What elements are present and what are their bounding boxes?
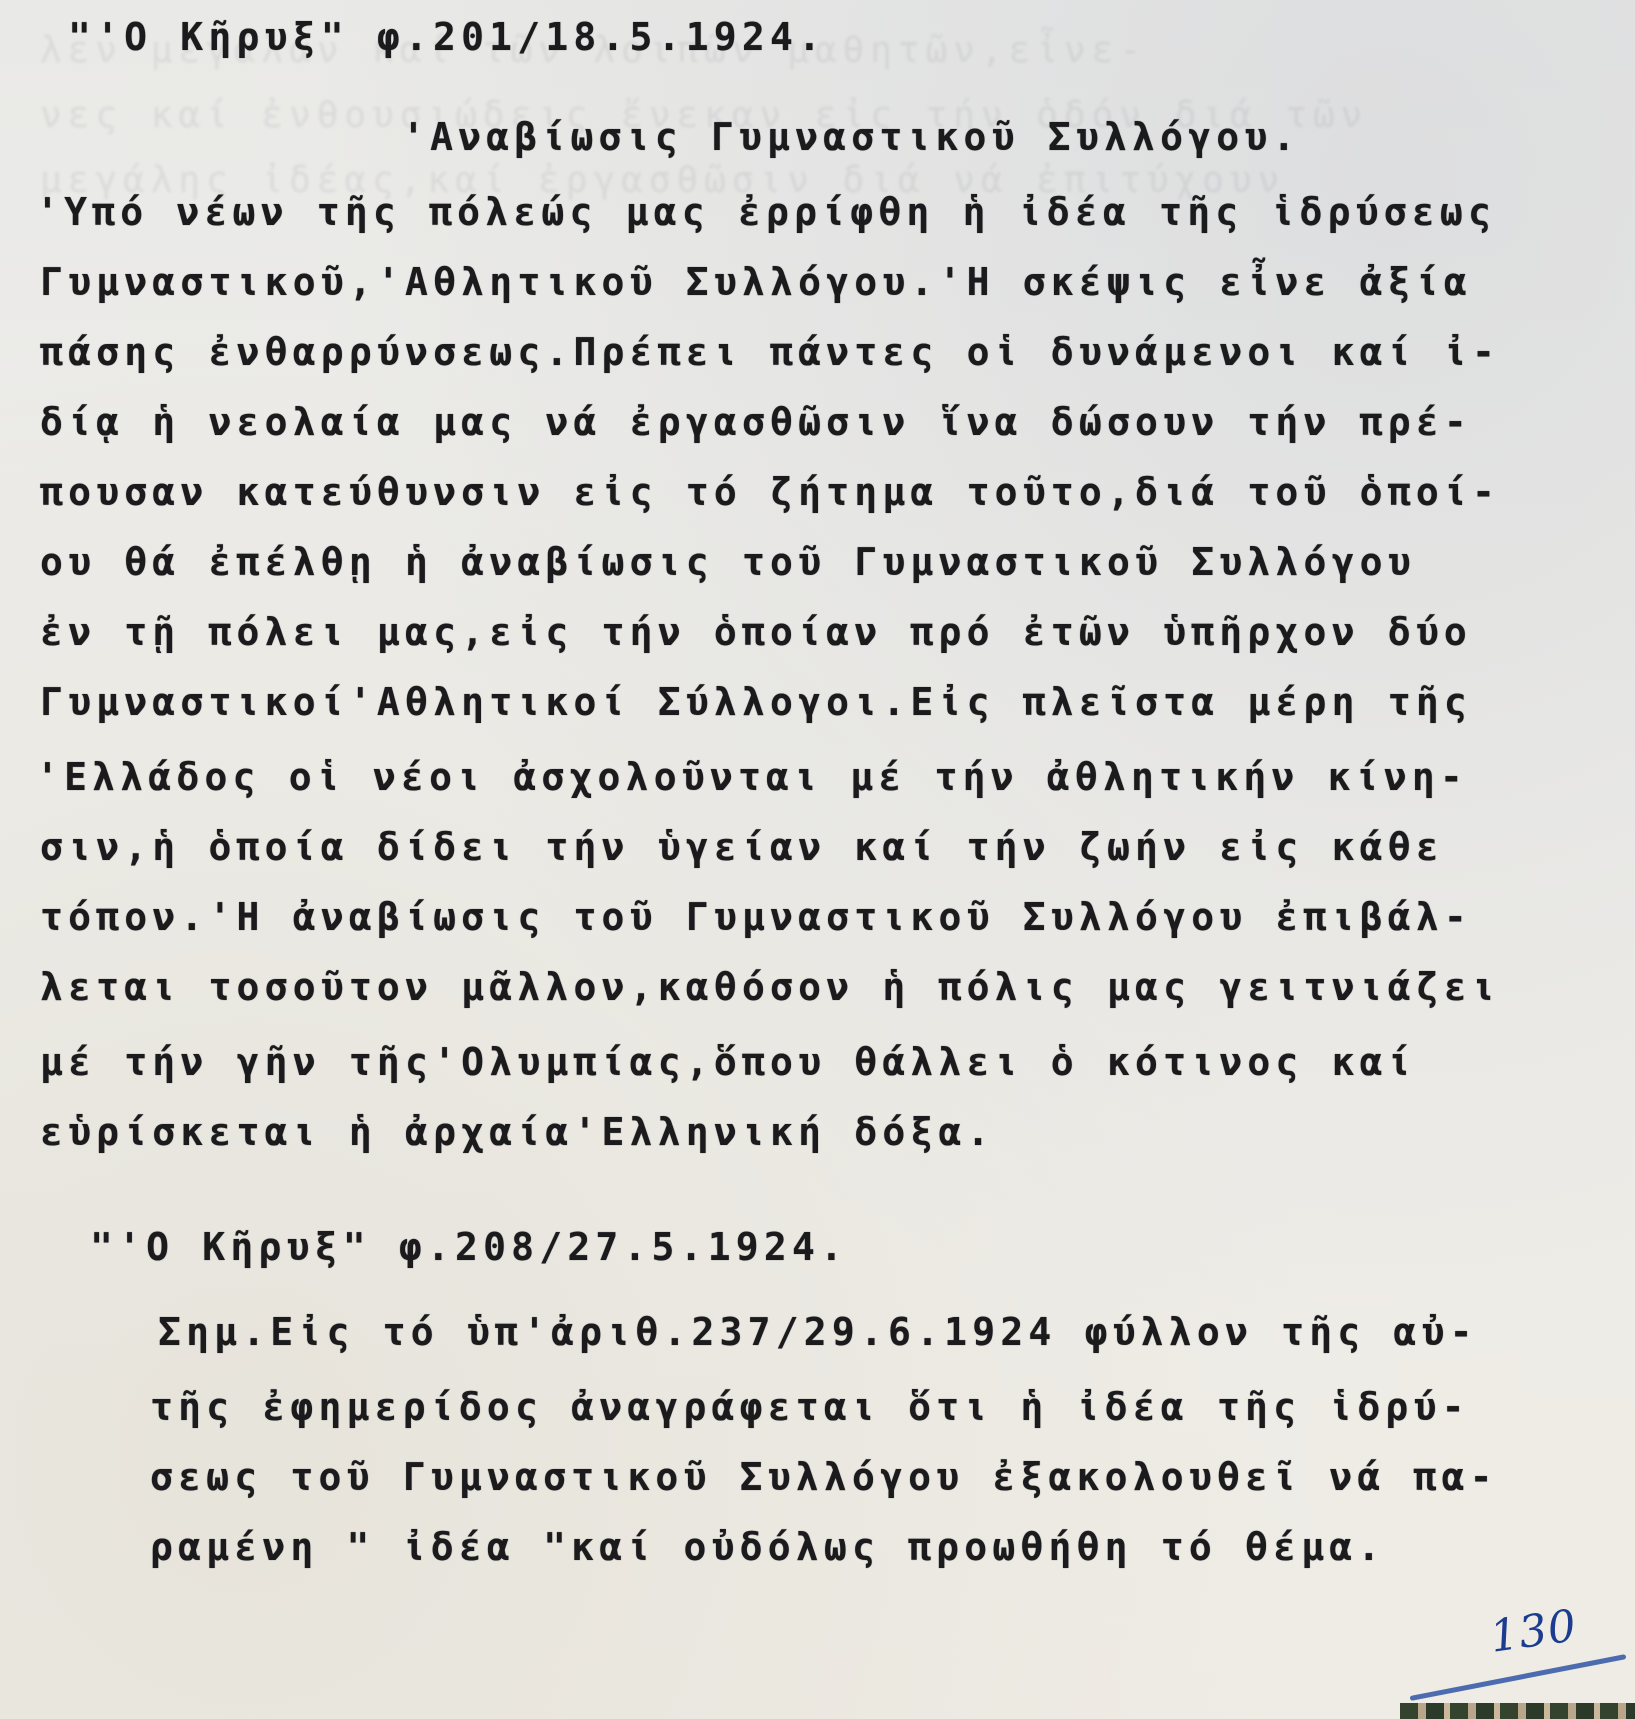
body-text-line: 'Ελλάδος οἱ νέοι ἀσχολοῦνται μέ τήν ἀθλη… [36,758,1468,796]
background-surface-edge [1400,1703,1635,1719]
citation-top: "'Ο Κῆρυξ" φ.201/18.5.1924. [68,18,826,56]
note-text-line: Σημ.Εἰς τό ὑπ'ἀριθ.237/29.6.1924 φύλλον … [158,1313,1478,1351]
body-text-line: Γυμναστικοῦ,'Αθλητικοῦ Συλλόγου.'Η σκέψι… [40,263,1472,301]
article-title: 'Αναβίωσις Γυμναστικοῦ Συλλόγου. [402,118,1301,156]
body-text-line: πουσαν κατεύθυνσιν εἰς τό ζήτημα τοῦτο,δ… [40,473,1500,511]
body-text-line: δίᾳ ἡ νεολαία μας νά ἐργασθῶσιν ἵνα δώσο… [40,403,1472,441]
note-text-line: σεως τοῦ Γυμναστικοῦ Συλλόγου ἐξακολουθε… [150,1458,1498,1496]
body-text-line: ου θά ἐπέλθῃ ἡ ἀναβίωσις τοῦ Γυμναστικοῦ… [40,543,1416,581]
body-text-line: 'Υπό νέων τῆς πόλεώς μας ἐρρίφθη ἡ ἰδέα … [36,193,1496,231]
note-text-line: τῆς ἐφημερίδος ἀναγράφεται ὅτι ἡ ἰδέα τῆ… [150,1388,1470,1426]
body-text-line: λεται τοσοῦτον μᾶλλον,καθόσον ἡ πόλις μα… [40,968,1500,1006]
body-text-line: πάσης ἐνθαρρύνσεως.Πρέπει πάντες οἱ δυνά… [40,333,1500,371]
body-text-line: ἐν τῇ πόλει μας,εἰς τήν ὁποίαν πρό ἐτῶν … [40,613,1472,651]
pen-underline-stroke [1410,1654,1627,1701]
citation-bottom: "'Ο Κῆρυξ" φ.208/27.5.1924. [90,1228,848,1266]
body-text-line: μέ τήν γῆν τῆς'Ολυμπίας,ὅπου θάλλει ὁ κό… [40,1043,1416,1081]
body-text-line: σιν,ἡ ὁποία δίδει τήν ὑγείαν καί τήν ζωή… [40,828,1444,866]
handwritten-page-number: 130 [1487,1600,1580,1663]
body-text-line: Γυμναστικοί'Αθλητικοί Σύλλογοι.Εἰς πλεῖσ… [40,683,1472,721]
document-page: λεν μεγάλαν καί τῶν λοιπῶν μαθητῶν,εἶνε-… [0,0,1635,1719]
body-text-line: τόπον.'Η ἀναβίωσις τοῦ Γυμναστικοῦ Συλλό… [40,898,1472,936]
note-text-line: ραμένη " ἰδέα "καί οὐδόλως προωθήθη τό θ… [150,1528,1385,1566]
body-text-line: εὑρίσκεται ἡ ἀρχαία'Ελληνική δόξα. [40,1113,995,1151]
